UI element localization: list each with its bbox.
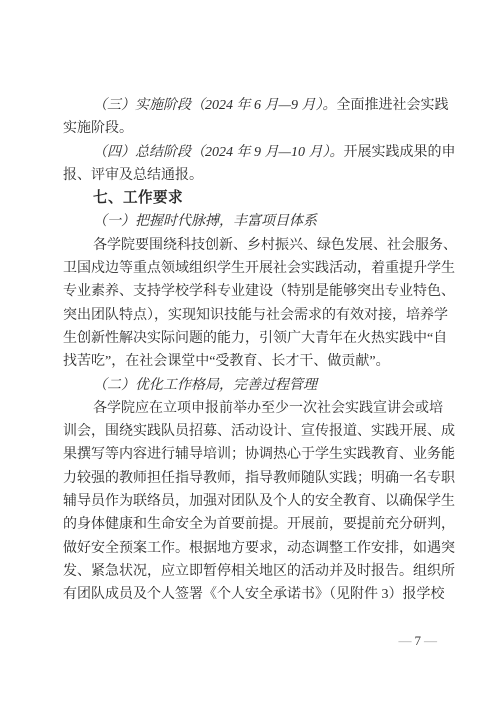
text-run: 七、工作要求 [93,190,183,206]
text-line: （二）优化工作格局，完善过程管理 [63,374,463,397]
text-line: 专业素养、支持学校学科专业建设（特别是能够突出专业特色、 [63,280,463,303]
text-line: 卫国戍边等重点领域组织学生开展社会实践活动，着重提升学生 [63,257,463,280]
text-run: （二）优化工作格局，完善过程管理 [93,378,317,393]
text-run: （四）总结阶段（2024 年 9 月—10 月）。 [93,145,343,160]
text-run: 训会，围绕实践队员招募、活动设计、宣传报道、实践开展、成 [63,424,455,439]
text-line: （四）总结阶段（2024 年 9 月—10 月）。开展实践成果的申 [63,141,463,164]
text-run: 突出团队特点），实现知识技能与社会需求的有效对接，培养学 [63,308,448,323]
document-body: （三）实施阶段（2024 年 6 月—9 月）。全面推进社会实践实施阶段。（四）… [63,94,463,607]
text-run: 找苦吃”，在社会课堂中“受教育、长才干、做贡献”。 [63,354,390,369]
text-run: 发、紧急状况，应立即暂停相关地区的活动并及时报告。组织所 [63,564,455,579]
text-line: 各学院应在立项申报前举办至少一次社会实践宣讲会或培 [63,397,463,420]
text-run: 专业素养、支持学校学科专业建设（特别是能够突出专业特色、 [63,284,455,299]
text-run: 辅导员作为联络员，加强对团队及个人的安全教育、以确保学生 [63,494,455,509]
text-line: 报、评审及总结通报。 [63,164,463,187]
text-line: （一）把握时代脉搏，丰富项目体系 [63,210,463,233]
document-page: （三）实施阶段（2024 年 6 月—9 月）。全面推进社会实践实施阶段。（四）… [0,0,499,707]
page-number: —7— [399,633,438,649]
text-run: 生创新性解决实际问题的能力，引领广大青年在火热实践中“自 [63,331,447,346]
page-number-dash-left: — [399,633,412,648]
text-line: 实施阶段。 [63,117,463,140]
text-run: 的身体健康和生命安全为首要前提。开展前，要提前充分研判， [63,517,455,532]
text-line: 找苦吃”，在社会课堂中“受教育、长才干、做贡献”。 [63,350,463,373]
text-line: 七、工作要求 [63,187,463,210]
text-run: 有团队成员及个人签署《个人安全承诺书》（见附件 3）报学校 [63,587,445,602]
text-run: 果撰写等内容进行辅导培训；协调热心于学生实践教育、业务能 [63,447,455,462]
text-line: （三）实施阶段（2024 年 6 月—9 月）。全面推进社会实践 [63,94,463,117]
text-run: 实施阶段。 [63,121,133,136]
text-run: 做好安全预案工作。根据地方要求，动态调整工作安排，如遇突 [63,541,455,556]
text-line: 有团队成员及个人签署《个人安全承诺书》（见附件 3）报学校 [63,583,463,606]
text-line: 果撰写等内容进行辅导培训；协调热心于学生实践教育、业务能 [63,443,463,466]
text-run: （三）实施阶段（2024 年 6 月—9 月）。 [93,98,336,113]
text-run: 全面推进社会实践 [336,98,448,113]
text-line: 做好安全预案工作。根据地方要求，动态调整工作安排，如遇突 [63,537,463,560]
text-line: 生创新性解决实际问题的能力，引领广大青年在火热实践中“自 [63,327,463,350]
text-line: 各学院要围绕科技创新、乡村振兴、绿色发展、社会服务、 [63,234,463,257]
text-run: （一）把握时代脉搏，丰富项目体系 [93,214,317,229]
text-run: 各学院应在立项申报前举办至少一次社会实践宣讲会或培 [93,401,443,416]
text-line: 力较强的教师担任指导教师，指导教师随队实践；明确一名专职 [63,467,463,490]
text-run: 报、评审及总结通报。 [63,168,203,183]
page-number-value: 7 [415,633,422,648]
text-line: 的身体健康和生命安全为首要前提。开展前，要提前充分研判， [63,513,463,536]
text-run: 开展实践成果的申 [343,145,455,160]
text-line: 发、紧急状况，应立即暂停相关地区的活动并及时报告。组织所 [63,560,463,583]
text-line: 辅导员作为联络员，加强对团队及个人的安全教育、以确保学生 [63,490,463,513]
text-line: 突出团队特点），实现知识技能与社会需求的有效对接，培养学 [63,304,463,327]
text-run: 卫国戍边等重点领域组织学生开展社会实践活动，着重提升学生 [63,261,455,276]
page-number-dash-right: — [424,633,437,648]
text-run: 各学院要围绕科技创新、乡村振兴、绿色发展、社会服务、 [93,238,457,253]
text-line: 训会，围绕实践队员招募、活动设计、宣传报道、实践开展、成 [63,420,463,443]
text-run: 力较强的教师担任指导教师，指导教师随队实践；明确一名专职 [63,471,455,486]
